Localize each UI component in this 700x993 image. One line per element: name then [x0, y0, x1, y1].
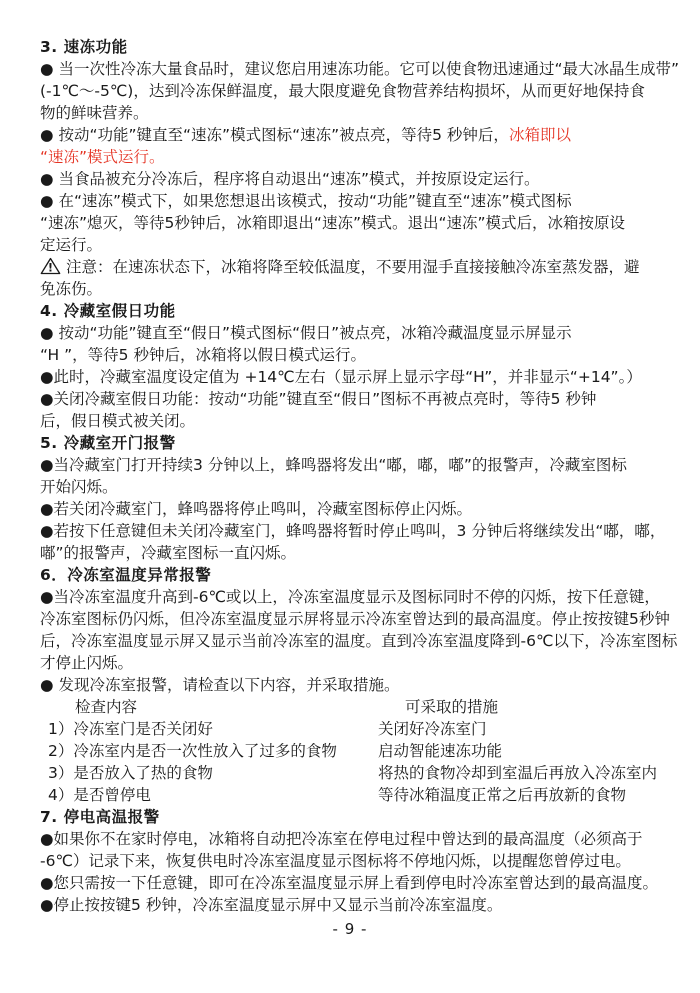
text-segment: ● 按动“功能”键直至“假日”模式图标“假日”被点亮，冰箱冷藏温度显示屏显示: [40, 324, 572, 342]
paragraph-line: 后，冷冻室温度显示屏又显示当前冷冻室的温度。直到冷冻室温度降到-6℃以下，冷冻室…: [40, 630, 664, 652]
paragraph-line: ●停止按按键5 秒钟，冷冻室温度显示屏中又显示当前冷冻室温度。: [40, 894, 664, 916]
text-segment: 物的鲜味营养。: [40, 104, 149, 122]
table-cell-check: 4）是否曾停电: [40, 784, 378, 806]
paragraph-line: 才停止闪烁。: [40, 652, 664, 674]
paragraph-line: ●您只需按一下任意键，即可在冷冻室温度显示屏上看到停电时冷冻室曾达到的最高温度。: [40, 872, 664, 894]
table-row: 检查内容可采取的措施: [40, 696, 664, 718]
table-row: 3）是否放入了热的食物将热的食物冷却到室温后再放入冷冻室内: [40, 762, 664, 784]
paragraph-line: ● 在“速冻”模式下，如果您想退出该模式，按动“功能”键直至“速冻”模式图标: [40, 190, 664, 212]
table-cell-check: 3）是否放入了热的食物: [40, 762, 378, 784]
section-heading: 4. 冷藏室假日功能: [40, 300, 664, 322]
section-heading: 5. 冷藏室开门报警: [40, 432, 664, 454]
paragraph-line: ● 当一次性冷冻大量食品时，建议您启用速冻功能。它可以使食物迅速通过“最大冰晶生…: [40, 58, 664, 80]
paragraph-line: “速冻”熄灭，等待5秒钟后，冰箱即退出“速冻”模式。退出“速冻”模式后，冰箱按原…: [40, 212, 664, 234]
warning-icon: !: [40, 256, 61, 278]
text-segment: 定运行。: [40, 236, 102, 254]
text-segment: -6℃）记录下来，恢复供电时冷冻室温度显示图标将不停地闪烁，以提醒您曾停过电。: [40, 852, 631, 870]
text-segment: ● 发现冷冻室报警，请检查以下内容，并采取措施。: [40, 676, 399, 694]
table-row: 1）冷冻室门是否关闭好关闭好冷冻室门: [40, 718, 664, 740]
section-heading: 6．冷冻室温度异常报警: [40, 564, 664, 586]
text-segment: ●若关闭冷藏室门，蜂鸣器将停止鸣叫，冷藏室图标停止闪烁。: [40, 500, 472, 518]
paragraph-line: ●如果你不在家时停电，冰箱将自动把冷冻室在停电过程中曾达到的最高温度（必须高于: [40, 828, 664, 850]
text-segment: ●关闭冷藏室假日功能：按动“功能”键直至“假日”图标不再被点亮时，等待5 秒钟: [40, 390, 596, 408]
paragraph-line: “H ”，等待5 秒钟后，冰箱将以假日模式运行。: [40, 344, 664, 366]
paragraph-line: ● 按动“功能”键直至“假日”模式图标“假日”被点亮，冰箱冷藏温度显示屏显示: [40, 322, 664, 344]
paragraph-line: (-1℃～-5℃)，达到冷冻保鲜温度，最大限度避免食物营养结构损坏，从而更好地保…: [40, 80, 664, 102]
svg-text:!: !: [48, 260, 53, 274]
text-segment: ● 当一次性冷冻大量食品时，建议您启用速冻功能。它可以使食物迅速通过“最大冰晶生…: [40, 60, 679, 78]
paragraph-line: 后，假日模式被关闭。: [40, 410, 664, 432]
paragraph-line: ●若按下任意键但未关闭冷藏室门，蜂鸣器将暂时停止鸣叫，3 分钟后将继续发出“嘟，…: [40, 520, 664, 542]
paragraph-line: ● 当食品被充分冷冻后，程序将自动退出“速冻”模式，并按原设定运行。: [40, 168, 664, 190]
table-cell-action: 可采取的措施: [405, 696, 664, 718]
warning-line: !注意：在速冻状态下，冰箱将降至较低温度，不要用湿手直接接触冷冻室蒸发器，避: [40, 256, 664, 278]
paragraph-line: ●关闭冷藏室假日功能：按动“功能”键直至“假日”图标不再被点亮时，等待5 秒钟: [40, 388, 664, 410]
table-cell-action: 等待冰箱温度正常之后再放新的食物: [378, 784, 664, 806]
text-segment: (-1℃～-5℃)，达到冷冻保鲜温度，最大限度避免食物营养结构损坏，从而更好地保…: [40, 82, 645, 100]
text-segment: 开始闪烁。: [40, 478, 118, 496]
section-heading: 7. 停电高温报警: [40, 806, 664, 828]
text-segment: 注意：在速冻状态下，冰箱将降至较低温度，不要用湿手直接接触冷冻室蒸发器，避: [66, 258, 640, 276]
paragraph-line: 物的鲜味营养。: [40, 102, 664, 124]
paragraph-line: -6℃）记录下来，恢复供电时冷冻室温度显示图标将不停地闪烁，以提醒您曾停过电。: [40, 850, 664, 872]
document-content: 3. 速冻功能● 当一次性冷冻大量食品时，建议您启用速冻功能。它可以使食物迅速通…: [40, 36, 664, 916]
text-segment: 后，冷冻室温度显示屏又显示当前冷冻室的温度。直到冷冻室温度降到-6℃以下，冷冻室…: [40, 632, 677, 650]
table-row: 2）冷冻室内是否一次性放入了过多的食物启动智能速冻功能: [40, 740, 664, 762]
table-cell-check: 2）冷冻室内是否一次性放入了过多的食物: [40, 740, 378, 762]
text-segment: “速冻”模式运行。: [40, 148, 165, 166]
text-segment: ● 按动“功能”键直至“速冻”模式图标“速冻”被点亮，等待5 秒钟后，: [40, 126, 509, 144]
text-segment: ●如果你不在家时停电，冰箱将自动把冷冻室在停电过程中曾达到的最高温度（必须高于: [40, 830, 643, 848]
paragraph-line: ●此时，冷藏室温度设定值为 +14℃左右（显示屏上显示字母“H”，并非显示“+1…: [40, 366, 664, 388]
paragraph-line: 定运行。: [40, 234, 664, 256]
manual-page: 3. 速冻功能● 当一次性冷冻大量食品时，建议您启用速冻功能。它可以使食物迅速通…: [0, 0, 700, 993]
text-segment: ● 在“速冻”模式下，如果您想退出该模式，按动“功能”键直至“速冻”模式图标: [40, 192, 572, 210]
text-segment: 才停止闪烁。: [40, 654, 133, 672]
paragraph-line: ●当冷藏室门打开持续3 分钟以上，蜂鸣器将发出“嘟，嘟，嘟”的报警声，冷藏室图标: [40, 454, 664, 476]
text-segment: 冰箱即以: [509, 126, 571, 144]
text-segment: ● 当食品被充分冷冻后，程序将自动退出“速冻”模式，并按原设定运行。: [40, 170, 540, 188]
paragraph-line: ● 按动“功能”键直至“速冻”模式图标“速冻”被点亮，等待5 秒钟后，冰箱即以: [40, 124, 664, 146]
text-segment: ●当冷藏室门打开持续3 分钟以上，蜂鸣器将发出“嘟，嘟，嘟”的报警声，冷藏室图标: [40, 456, 627, 474]
text-segment: 后，假日模式被关闭。: [40, 412, 195, 430]
paragraph-line: “速冻”模式运行。: [40, 146, 664, 168]
paragraph-line: ●若关闭冷藏室门，蜂鸣器将停止鸣叫，冷藏室图标停止闪烁。: [40, 498, 664, 520]
table-cell-action: 启动智能速冻功能: [378, 740, 664, 762]
text-segment: ●若按下任意键但未关闭冷藏室门，蜂鸣器将暂时停止鸣叫，3 分钟后将继续发出“嘟，…: [40, 522, 665, 540]
text-segment: “H ”，等待5 秒钟后，冰箱将以假日模式运行。: [40, 346, 366, 364]
paragraph-line: 免冻伤。: [40, 278, 664, 300]
table-cell-check: 1）冷冻室门是否关闭好: [40, 718, 378, 740]
paragraph-line: 冷冻室图标仍闪烁，但冷冻室温度显示屏将显示冷冻室曾达到的最高温度。停止按按键5秒…: [40, 608, 664, 630]
text-segment: ●停止按按键5 秒钟，冷冻室温度显示屏中又显示当前冷冻室温度。: [40, 896, 502, 914]
paragraph-line: ● 发现冷冻室报警，请检查以下内容，并采取措施。: [40, 674, 664, 696]
table-cell-action: 将热的食物冷却到室温后再放入冷冻室内: [378, 762, 664, 784]
paragraph-line: 嘟”的报警声，冷藏室图标一直闪烁。: [40, 542, 664, 564]
text-segment: ●您只需按一下任意键，即可在冷冻室温度显示屏上看到停电时冷冻室曾达到的最高温度。: [40, 874, 658, 892]
table-cell-action: 关闭好冷冻室门: [378, 718, 664, 740]
paragraph-line: ●当冷冻室温度升高到-6℃或以上，冷冻室温度显示及图标同时不停的闪烁，按下任意键…: [40, 586, 664, 608]
section-heading: 3. 速冻功能: [40, 36, 664, 58]
table-row: 4）是否曾停电等待冰箱温度正常之后再放新的食物: [40, 784, 664, 806]
text-segment: 免冻伤。: [40, 280, 102, 298]
text-segment: ●当冷冻室温度升高到-6℃或以上，冷冻室温度显示及图标同时不停的闪烁，按下任意键…: [40, 588, 660, 606]
text-segment: ●此时，冷藏室温度设定值为 +14℃左右（显示屏上显示字母“H”，并非显示“+1…: [40, 368, 642, 386]
page-number: - 9 -: [0, 920, 700, 938]
text-segment: “速冻”熄灭，等待5秒钟后，冰箱即退出“速冻”模式。退出“速冻”模式后，冰箱按原…: [40, 214, 625, 232]
text-segment: 嘟”的报警声，冷藏室图标一直闪烁。: [40, 544, 296, 562]
table-cell-check: 检查内容: [40, 696, 405, 718]
text-segment: 冷冻室图标仍闪烁，但冷冻室温度显示屏将显示冷冻室曾达到的最高温度。停止按按键5秒…: [40, 610, 670, 628]
paragraph-line: 开始闪烁。: [40, 476, 664, 498]
